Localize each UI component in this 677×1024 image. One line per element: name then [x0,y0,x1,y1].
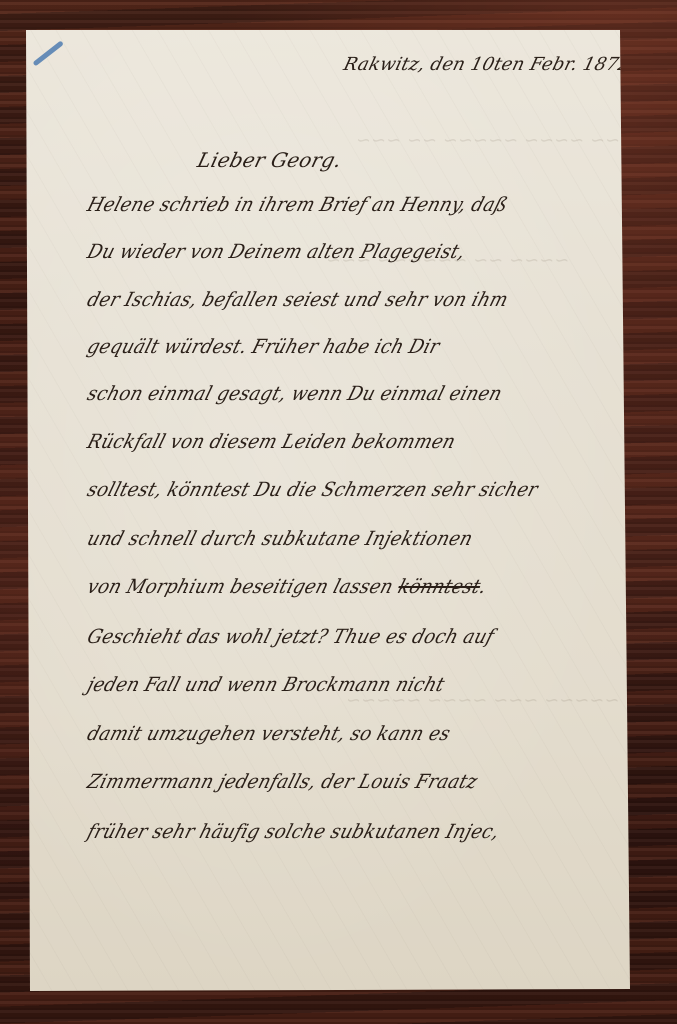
place-and-date: Rakwitz, den 10ten Febr. 1872. [341,54,638,75]
letter-line: Du wieder von Deinem alten Plagegeist, [85,240,468,263]
letter-line: und schnell durch subkutane Injektionen [85,527,476,550]
letter-line: Helene schrieb in ihrem Brief an Henny, … [85,193,511,216]
letter-line: gequält würdest. Früher habe ich Dir [85,335,443,358]
letter-line: der Ischias, befallen seiest und sehr vo… [85,288,511,311]
letter-line: damit umzugehen versteht, so kann es [85,722,453,745]
letter-line: schon einmal gesagt, wenn Du einmal eine… [85,382,505,405]
letter-line: früher sehr häufig solche subkutanen Inj… [85,820,502,843]
letter-line: Geschieht das wohl jetzt? Thue es doch a… [85,625,497,648]
letter-sheet: ~~~ ~~~~ ~~~~~ ~~ ~~~ ~~~~ ~~ ~~~~~~ ~~~… [26,30,630,991]
letter-line: Rückfall von diesem Leiden bekommen [85,430,459,453]
letter-line: Zimmermann jedenfalls, der Louis Fraatz [85,770,481,793]
salutation: Lieber Georg. [195,148,344,172]
letter-line: jeden Fall und wenn Brockmann nicht [85,673,448,696]
struck-through-word: könntest [395,575,483,598]
paper-lighting [26,30,630,991]
letter-line: solltest, könntest Du die Schmerzen sehr… [85,478,541,501]
letter-line-text: von Morphium beseitigen lassen [85,575,396,598]
letter-line: von Morphium beseitigen lassen könntest. [85,575,490,598]
